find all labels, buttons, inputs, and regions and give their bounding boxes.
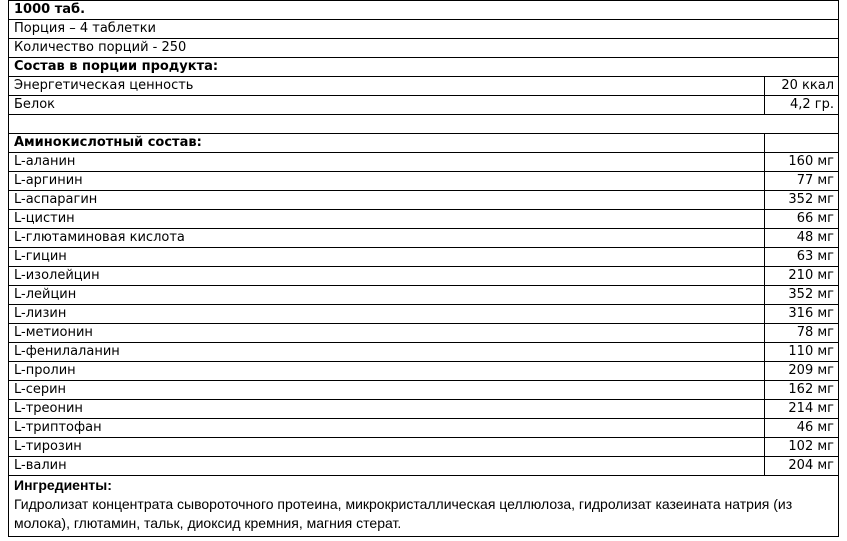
- amino-name: L-пролин: [9, 362, 765, 381]
- amino-value: 204 мг: [765, 457, 839, 476]
- amino-value: 66 мг: [765, 210, 839, 229]
- composition-header-row: Состав в порции продукта:: [9, 58, 839, 77]
- amino-value: 352 мг: [765, 286, 839, 305]
- amino-value: 160 мг: [765, 153, 839, 172]
- servings-count-row: Количество порций - 250: [9, 39, 839, 58]
- package-size: 1000 таб.: [9, 1, 839, 20]
- empty-cell: [9, 115, 839, 134]
- spacer-row: [9, 115, 839, 134]
- amino-name: L-глютаминовая кислота: [9, 229, 765, 248]
- amino-value: 63 мг: [765, 248, 839, 267]
- serving-size: Порция – 4 таблетки: [9, 20, 839, 39]
- table-row: L-аланин160 мг: [9, 153, 839, 172]
- amino-value: 209 мг: [765, 362, 839, 381]
- nutrient-value: 20 ккал: [765, 77, 839, 96]
- amino-value: 48 мг: [765, 229, 839, 248]
- amino-value: 110 мг: [765, 343, 839, 362]
- amino-name: L-метионин: [9, 324, 765, 343]
- table-row: Белок 4,2 гр.: [9, 96, 839, 115]
- table-row: L-цистин66 мг: [9, 210, 839, 229]
- amino-name: L-аргинин: [9, 172, 765, 191]
- table-row: L-глютаминовая кислота48 мг: [9, 229, 839, 248]
- amino-name: L-лизин: [9, 305, 765, 324]
- amino-value: 214 мг: [765, 400, 839, 419]
- ingredients-row: Ингредиенты: Гидролизат концентрата сыво…: [9, 476, 839, 537]
- amino-value: 77 мг: [765, 172, 839, 191]
- table-row: L-треонин214 мг: [9, 400, 839, 419]
- amino-value: 102 мг: [765, 438, 839, 457]
- table-row: Энергетическая ценность 20 ккал: [9, 77, 839, 96]
- amino-name: L-валин: [9, 457, 765, 476]
- table-row: L-изолейцин210 мг: [9, 267, 839, 286]
- amino-name: L-тирозин: [9, 438, 765, 457]
- amino-name: L-лейцин: [9, 286, 765, 305]
- table-row: L-метионин78 мг: [9, 324, 839, 343]
- table-row: L-пролин209 мг: [9, 362, 839, 381]
- ingredients-title: Ингредиенты:: [14, 476, 833, 495]
- serving-row: Порция – 4 таблетки: [9, 20, 839, 39]
- amino-value: 316 мг: [765, 305, 839, 324]
- amino-name: L-треонин: [9, 400, 765, 419]
- amino-value: 162 мг: [765, 381, 839, 400]
- package-row: 1000 таб.: [9, 1, 839, 20]
- nutrition-table: 1000 таб. Порция – 4 таблетки Количество…: [8, 0, 839, 537]
- amino-name: L-гицин: [9, 248, 765, 267]
- table-row: L-лизин316 мг: [9, 305, 839, 324]
- table-row: L-аспарагин352 мг: [9, 191, 839, 210]
- ingredients-text: Гидролизат концентрата сывороточного про…: [14, 496, 792, 531]
- amino-name: L-цистин: [9, 210, 765, 229]
- table-row: L-лейцин352 мг: [9, 286, 839, 305]
- amino-name: L-фенилаланин: [9, 343, 765, 362]
- table-row: L-аргинин77 мг: [9, 172, 839, 191]
- amino-name: L-аланин: [9, 153, 765, 172]
- table-row: L-серин162 мг: [9, 381, 839, 400]
- amino-name: L-триптофан: [9, 419, 765, 438]
- composition-title: Состав в порции продукта:: [9, 58, 839, 77]
- table-row: L-валин204 мг: [9, 457, 839, 476]
- amino-name: L-аспарагин: [9, 191, 765, 210]
- nutrient-value: 4,2 гр.: [765, 96, 839, 115]
- table-row: L-тирозин102 мг: [9, 438, 839, 457]
- amino-name: L-изолейцин: [9, 267, 765, 286]
- servings-count: Количество порций - 250: [9, 39, 839, 58]
- amino-name: L-серин: [9, 381, 765, 400]
- nutrient-name: Белок: [9, 96, 765, 115]
- amino-value: 352 мг: [765, 191, 839, 210]
- amino-value: 78 мг: [765, 324, 839, 343]
- table-row: L-триптофан46 мг: [9, 419, 839, 438]
- empty-cell: [765, 134, 839, 153]
- amino-title: Аминокислотный состав:: [9, 134, 765, 153]
- amino-value: 210 мг: [765, 267, 839, 286]
- ingredients-cell: Ингредиенты: Гидролизат концентрата сыво…: [9, 476, 839, 537]
- nutrient-name: Энергетическая ценность: [9, 77, 765, 96]
- amino-header-row: Аминокислотный состав:: [9, 134, 839, 153]
- table-row: L-фенилаланин110 мг: [9, 343, 839, 362]
- amino-value: 46 мг: [765, 419, 839, 438]
- table-row: L-гицин63 мг: [9, 248, 839, 267]
